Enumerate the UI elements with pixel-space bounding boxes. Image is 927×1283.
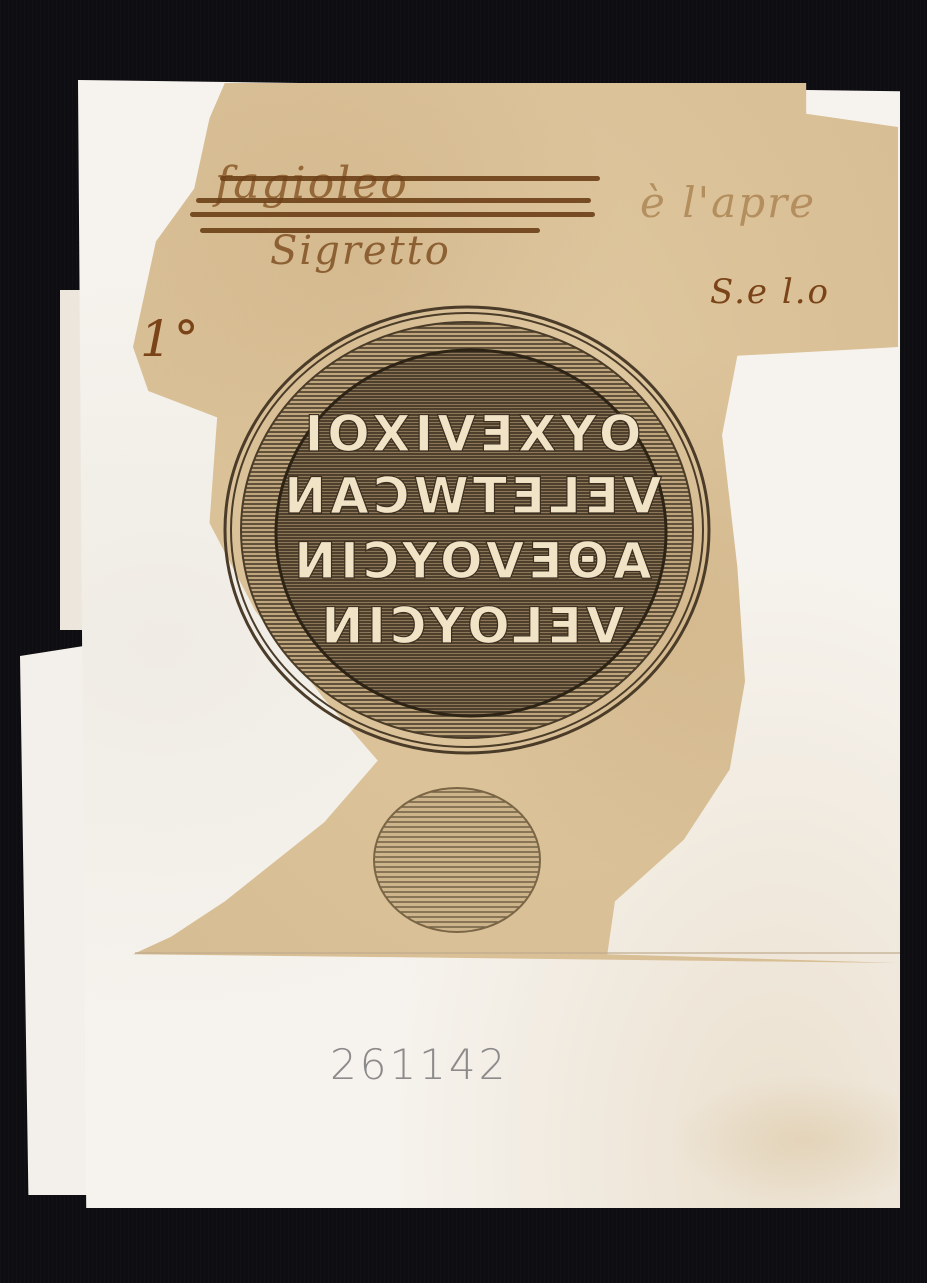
seal-line-1: OYXEVIXOI — [301, 405, 642, 463]
seal-engraving: OYXEVIXOI VELETWCAN AΘEVOYCIN VELOYCIN — [221, 303, 714, 758]
handwriting-line-2: Sigretto — [270, 228, 451, 274]
seal-line-2: VELETWCAN — [280, 467, 661, 525]
handwriting-number-mark: 1° — [140, 310, 201, 368]
paper-stain — [670, 1075, 898, 1205]
strikethrough-line — [220, 176, 600, 181]
folded-sheet-left-flap — [20, 645, 90, 1195]
engraved-seal: OYXEVIXOI VELETWCAN AΘEVOYCIN VELOYCIN — [221, 303, 714, 758]
handwriting-continuation: è l'apre — [640, 178, 816, 227]
seal-line-4: VELOYCIN — [317, 597, 624, 655]
handwriting-reference: S.e l.o — [710, 272, 830, 312]
pencil-inventory-number: 261142 — [330, 1040, 508, 1089]
strikethrough-line — [196, 198, 591, 203]
fold-line — [135, 952, 900, 954]
strikethrough-line — [190, 212, 595, 217]
small-engraved-disc — [372, 786, 542, 934]
seal-line-3: AΘEVOYCIN — [290, 532, 651, 590]
